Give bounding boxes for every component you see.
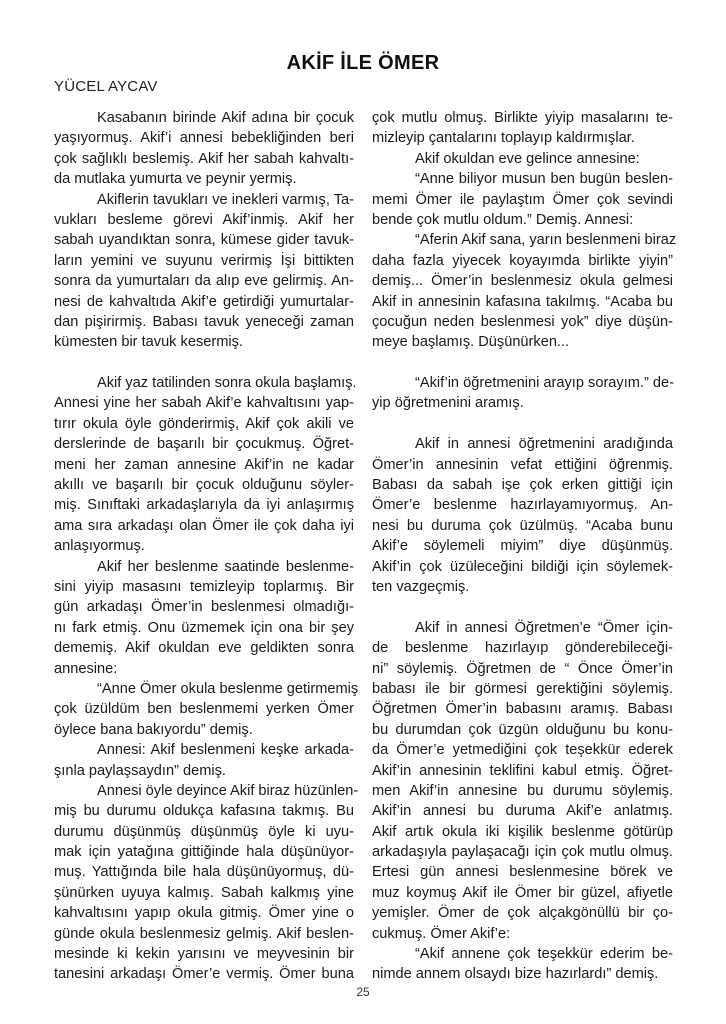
text-line: Öğretmen Ömer’in babasını aramış. Babası (372, 699, 673, 719)
text-line: memi Ömer ile paylaştım Ömer çok sevindi (372, 190, 673, 210)
text-line: tanesini arkadaşı Ömer’e vermiş. Ömer bu… (54, 964, 354, 984)
text-line: men Akif’in annesine bu durumu söylemiş. (372, 781, 673, 801)
text-line: Akif yaz tatilinden sonra okula başlamış… (54, 373, 354, 393)
text-line: anlaşıyormuş. (54, 536, 354, 556)
text-line: Annesi öyle deyince Akif biraz hüzünlen- (54, 781, 354, 801)
text-line: nı fark etmiş. Onu üzmemek için ona bir … (54, 618, 354, 638)
text-line: muz koymuş Akif ile Ömer bir güzel, afiy… (372, 883, 673, 903)
text-line: nimde annem olsaydı bize hazırlardı” dem… (372, 964, 673, 984)
paragraph: Akif her beslenme saatinde beslenme- sin… (54, 557, 354, 679)
paragraph: “Akif annene çok teşekkür ederim be- nim… (372, 944, 673, 985)
text-line: da Ömer’e yetmediğini çok teşekkür edere… (372, 740, 673, 760)
text-line: annesine: (54, 659, 354, 679)
text-line: babası ile bir görmesi gerektiğini söyle… (372, 679, 673, 699)
text-line: da mutlaka yumurta ve peynir yermiş. (54, 169, 354, 189)
paragraph: Akif in annesi öğretmenini aradığında Öm… (372, 434, 673, 597)
text-line: mak için yatağına gittiğinde hala düşünü… (54, 842, 354, 862)
paragraph: Annesi öyle deyince Akif biraz hüzünlen-… (54, 781, 354, 985)
story-title: AKİF İLE ÖMER (0, 52, 726, 75)
text-line: kahvaltısını yapıp okula gitmiş. Ömer yi… (54, 903, 354, 923)
text-line: şınla paylaşsaydın” demiş. (54, 761, 354, 781)
text-line: vukları besleme görevi Akif’inmiş. Akif … (54, 210, 354, 230)
paragraph: Akiflerin tavukları ve inekleri varmış, … (54, 190, 354, 353)
text-line: kümesten bir tavuk kesermiş. (54, 332, 354, 352)
text-line: Kasabanın birinde Akif adına bir çocuk (54, 108, 354, 128)
text-line: Akif in annesinin kafasına takılmış. “Ac… (372, 292, 673, 312)
text-line: demiş... Ömer’in beslenmesiz okula gelme… (372, 271, 673, 291)
text-line: meye başlamış. Düşünürken... (372, 332, 673, 352)
text-line: miş. Sınıftaki arkadaşlarıyla da iyi anl… (54, 495, 354, 515)
paragraph: “Anne biliyor musun ben bugün beslen- me… (372, 169, 673, 230)
text-line: “Akif annene çok teşekkür ederim be- (372, 944, 673, 964)
text-line: sini yiyip masasını temizleyip toplarmış… (54, 577, 354, 597)
text-line: çok sağlıklı beslemiş. Akif her sabah ka… (54, 149, 354, 169)
text-line: Akif’in çok üzüleceğini bildiği için söy… (372, 557, 673, 577)
text-line: “Anne Ömer okula beslenme getirmemiş (54, 679, 354, 699)
paragraph-gap (372, 353, 673, 373)
text-line: daha fazla yiyecek koyayımda birlikte yi… (372, 251, 673, 271)
text-line: Akif her beslenme saatinde beslenme- (54, 557, 354, 577)
text-line: Akiflerin tavukları ve inekleri varmış, … (54, 190, 354, 210)
paragraph: “Akif’in öğretmenini arayıp sorayım.” de… (372, 373, 673, 414)
text-line: meni her zaman annesine Akif’in ne kadar (54, 455, 354, 475)
text-line: dememiş. Akif okuldan eve geldikten sonr… (54, 638, 354, 658)
text-line: Akif’in annesinin teklifini kabul etmiş.… (372, 761, 673, 781)
paragraph-gap (372, 414, 673, 434)
text-line: miş bu durumu oldukça kafasına takmış. B… (54, 801, 354, 821)
text-line: “Anne biliyor musun ben bugün beslen- (372, 169, 673, 189)
text-line: Ömer’in annesinin vefat ettiğini öğrenmi… (372, 455, 673, 475)
text-line: bende çok mutlu oldum.” Demiş. Annesi: (372, 210, 673, 230)
text-line: ten vazgeçmiş. (372, 577, 673, 597)
text-line: Akif in annesi öğretmenini aradığında (372, 434, 673, 454)
text-line: “Akif’in öğretmenini arayıp sorayım.” de… (372, 373, 673, 393)
paragraph: Akif okuldan eve gelince annesine: (372, 149, 673, 169)
page-number: 25 (0, 985, 726, 999)
paragraph: “Anne Ömer okula beslenme getirmemiş çok… (54, 679, 354, 740)
text-line: çok mutlu olmuş. Birlikte yiyip masaları… (372, 108, 673, 128)
paragraph-gap (372, 597, 673, 617)
text-line: akıllı ve başarılı bir çocuk olduğunu sö… (54, 475, 354, 495)
text-line: cukmuş. Ömer Akif’e: (372, 924, 673, 944)
text-line: Annesi: Akif beslenmeni keşke arkada- (54, 740, 354, 760)
paragraph: çok mutlu olmuş. Birlikte yiyip masaları… (372, 108, 673, 149)
text-line: arkadaşıyla paylaşacağı için çok mutlu o… (372, 842, 673, 862)
left-column: Kasabanın birinde Akif adına bir çocuk y… (54, 108, 354, 985)
text-line: yip öğretmenini aramış. (372, 393, 673, 413)
text-line: yemişler. Ömer de çok alçakgönüllü bir ç… (372, 903, 673, 923)
text-line: gün arkadaşı Ömer’in beslenmesi olmadığı… (54, 597, 354, 617)
text-line: mizleyip çantalarını toplayıp kaldırmışl… (372, 128, 673, 148)
text-line: Ömer’e beslenme hazırlayamıyormuş. An- (372, 495, 673, 515)
text-line: derslerinde de başarılı bir çocukmuş. Öğ… (54, 434, 354, 454)
paragraph: Kasabanın birinde Akif adına bir çocuk y… (54, 108, 354, 190)
right-column: çok mutlu olmuş. Birlikte yiyip masaları… (372, 108, 673, 985)
text-line: öylece bana bakıyordu” demiş. (54, 720, 354, 740)
paragraph: “Aferin Akif sana, yarın beslenmeni bira… (372, 230, 673, 352)
paragraph: Annesi: Akif beslenmeni keşke arkada- şı… (54, 740, 354, 781)
paragraph: Akif in annesi Öğretmen’e “Ömer için- de… (372, 618, 673, 944)
text-line: şünürken uyuya kalmış. Sabah kalkmış yin… (54, 883, 354, 903)
text-line: tırır okula öyle gönderirmiş, Akif çok a… (54, 414, 354, 434)
text-line: çocuğun neden beslenmesi yok” diye düşün… (372, 312, 673, 332)
text-line: Akif’in annesi bu duruma Akif’e anlatmış… (372, 801, 673, 821)
text-line: ama sıra arkadaşı olan Ömer ile çok daha… (54, 516, 354, 536)
text-line: de beslenme hazırlayıp gönderebileceği- (372, 638, 673, 658)
text-line: Akif’e söylemeli miyim” diye düşünmüş. (372, 536, 673, 556)
text-line: ni” söylemiş. Öğretmen de “ Önce Ömer’in (372, 659, 673, 679)
text-line: bu durumdan çok üzgün olduğunu bu konu- (372, 720, 673, 740)
text-line: durumu düşünmüş düşünmüş öyle ki uyu- (54, 822, 354, 842)
text-line: Akif artık okula iki kişilik beslenme gö… (372, 822, 673, 842)
text-line: Annesi yine her sabah Akif’e kahvaltısın… (54, 393, 354, 413)
text-line: sabah uyandıktan sonra, kümese gider tav… (54, 230, 354, 250)
text-line: yaşıyormuş. Akif’i annesi bebekliğinden … (54, 128, 354, 148)
text-line: günde okula beslenmesiz gelmiş. Akif bes… (54, 924, 354, 944)
paragraph-gap (54, 353, 354, 373)
text-line: dan pişirirmiş. Babası tavuk yeneceği za… (54, 312, 354, 332)
text-line: nesi de kahvaltıda Akif’e getirdiği yumu… (54, 292, 354, 312)
text-line: Babası da sabah işe çok erken gittiği iç… (372, 475, 673, 495)
text-line: ların yemini ve suyunu verirmiş İşi bitt… (54, 251, 354, 271)
text-line: sonra da yumurtaları da alıp eve gelirmi… (54, 271, 354, 291)
text-line: “Aferin Akif sana, yarın beslenmeni bira… (372, 230, 673, 250)
text-line: çok üzüldüm ben beslenmemi yerken Ömer (54, 699, 354, 719)
text-line: Ertesi gün annesi beslenmesine börek ve (372, 862, 673, 882)
paragraph: Akif yaz tatilinden sonra okula başlamış… (54, 373, 354, 557)
text-line: nesi bu duruma çok üzülmüş. “Acaba bunu (372, 516, 673, 536)
text-line: Akif okuldan eve gelince annesine: (372, 149, 673, 169)
text-line: muş. Yattığında bile hala düşünüyormuş, … (54, 862, 354, 882)
text-line: mesinde ki kekin yarısını ve meyvesinin … (54, 944, 354, 964)
author-name: YÜCEL AYCAV (54, 78, 158, 95)
text-line: Akif in annesi Öğretmen’e “Ömer için- (372, 618, 673, 638)
